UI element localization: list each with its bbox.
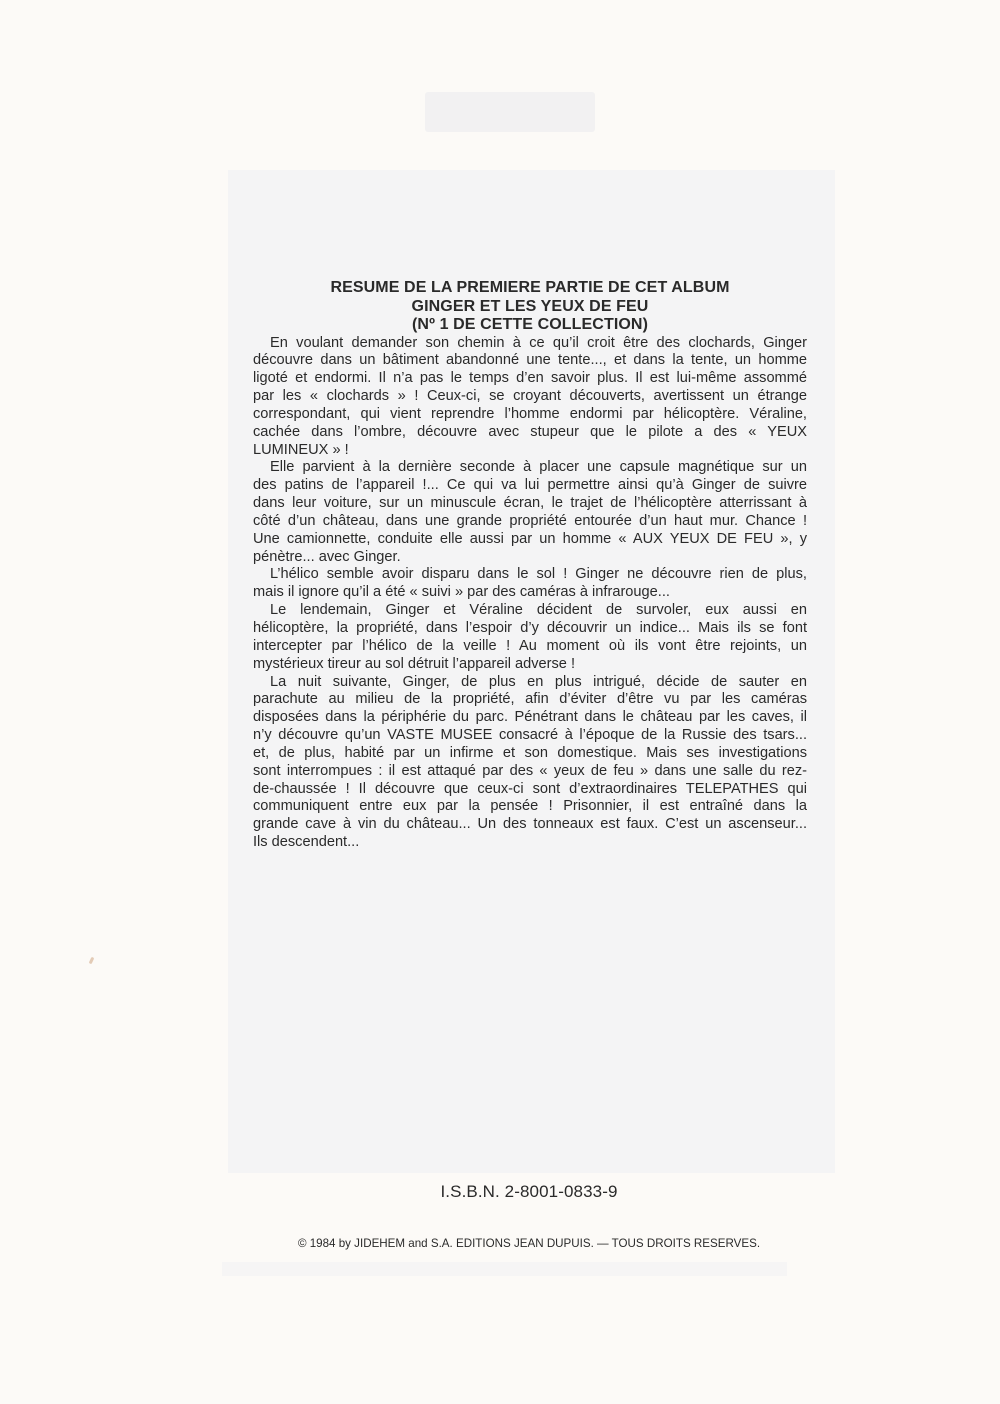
text-line: parachute au milieu de la propriété, afi…: [253, 691, 807, 709]
text-line: hélicoptère, la propriété, dans l’espoir…: [253, 620, 807, 638]
show-through-title: [425, 92, 595, 132]
heading-line: GINGER ET LES YEUX DE FEU: [253, 298, 807, 317]
text-line: ligoté et endormi. Il n’a pas le temps d…: [253, 370, 807, 388]
paper-spot: [89, 957, 95, 965]
summary-body: En voulant demander son chemin à ce qu’i…: [253, 335, 807, 852]
paragraph: Elle parvient à la dernière seconde à pl…: [253, 459, 807, 566]
text-line: Elle parvient à la dernière seconde à pl…: [253, 459, 807, 477]
text-line: sont interrompues : il est attaqué par d…: [253, 763, 807, 781]
paragraph: En voulant demander son chemin à ce qu’i…: [253, 335, 807, 460]
heading-line: RESUME DE LA PREMIERE PARTIE DE CET ALBU…: [253, 279, 807, 298]
copyright-notice: © 1984 by JIDEHEM and S.A. EDITIONS JEAN…: [0, 1237, 1000, 1250]
text-line: pénètre... avec Ginger.: [253, 549, 807, 567]
isbn-number: I.S.B.N. 2-8001-0833-9: [0, 1182, 1000, 1202]
text-line: communiquent entre eux par la pensée ! P…: [253, 798, 807, 816]
heading-line: (Nº 1 DE CETTE COLLECTION): [253, 316, 807, 335]
text-line: de-chaussée ! Il découvre que ceux-ci so…: [253, 781, 807, 799]
text-line: correspondant, qui vient reprendre l’hom…: [253, 406, 807, 424]
text-line: Une camionnette, conduite elle aussi par…: [253, 531, 807, 549]
text-line: LUMINEUX » !: [253, 442, 807, 460]
text-line: En voulant demander son chemin à ce qu’i…: [253, 335, 807, 353]
text-line: n’y découvre qu’un VASTE MUSEE consacré …: [253, 727, 807, 745]
text-line: Le lendemain, Ginger et Véraline déciden…: [253, 602, 807, 620]
text-line: mais il ignore qu’il a été « suivi » par…: [253, 584, 807, 602]
show-through-footer: [222, 1262, 787, 1276]
text-line: par les « clochards » ! Ceux-ci, se croy…: [253, 388, 807, 406]
paragraph: L’hélico semble avoir disparu dans le so…: [253, 566, 807, 602]
text-line: découvre dans un bâtiment abandonné une …: [253, 352, 807, 370]
text-line: L’hélico semble avoir disparu dans le so…: [253, 566, 807, 584]
text-line: Ils descendent...: [253, 834, 807, 852]
text-line: et, de plus, habité par un infirme et so…: [253, 745, 807, 763]
paragraph: La nuit suivante, Ginger, de plus en plu…: [253, 674, 807, 852]
paragraph: Le lendemain, Ginger et Véraline déciden…: [253, 602, 807, 673]
text-line: disposées dans la périphérie du parc. Pé…: [253, 709, 807, 727]
album-summary: RESUME DE LA PREMIERE PARTIE DE CET ALBU…: [253, 279, 807, 852]
text-line: La nuit suivante, Ginger, de plus en plu…: [253, 674, 807, 692]
text-line: grande cave à vin du château... Un des t…: [253, 816, 807, 834]
text-line: cachée dans l’ombre, découvre avec stupe…: [253, 424, 807, 442]
text-line: intercepter par l’hélico de la veille ! …: [253, 638, 807, 656]
text-line: côté d’un château, dans une grande propr…: [253, 513, 807, 531]
text-line: mystérieux tireur au sol détruit l’appar…: [253, 656, 807, 674]
summary-heading: RESUME DE LA PREMIERE PARTIE DE CET ALBU…: [253, 279, 807, 335]
text-line: des patins de l’appareil !... Ce qui va …: [253, 477, 807, 495]
text-line: dans leur voiture, sur un minuscule écra…: [253, 495, 807, 513]
